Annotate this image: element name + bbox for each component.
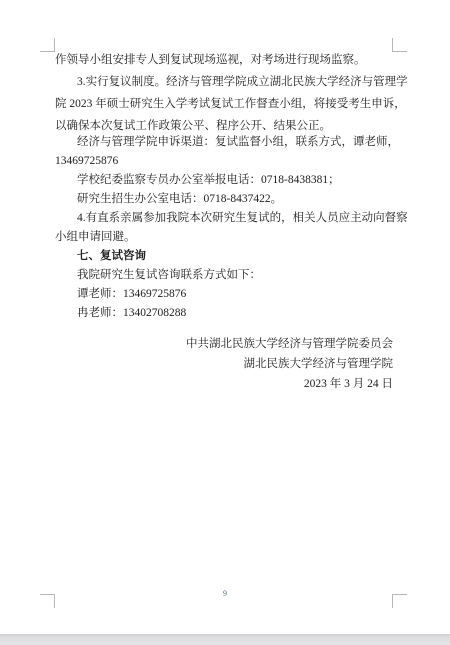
doc-line: 学校纪委监察专员办公室举报电话：0718-8438381； — [55, 171, 395, 190]
signature-line: 湖北民族大学经济与管理学院 — [55, 354, 393, 374]
doc-line: 4.有直系亲属参加我院本次研究生复试的，相关人员应主动向督察 — [55, 209, 395, 228]
doc-line: 我院研究生复试咨询联系方式如下： — [55, 266, 395, 285]
contact-line: 冉老师：13402708288 — [55, 304, 395, 323]
doc-line: 小组申请回避。 — [55, 228, 395, 247]
paragraph-block-top: 作领导小组安排专人到复试现场巡视，对考场进行现场监察。 3.实行复议制度。经济与… — [55, 49, 395, 137]
margin-mark-top-left — [40, 38, 55, 52]
page-gap-strip — [0, 634, 450, 645]
doc-line: 研究生招生办公室电话：0718-8437422。 — [55, 190, 395, 209]
doc-line: 作领导小组安排专人到复试现场巡视，对考场进行现场监察。 — [55, 49, 395, 71]
contact-line: 谭老师：13469725876 — [55, 285, 395, 304]
signature-block: 中共湖北民族大学经济与管理学院委员会 湖北民族大学经济与管理学院 2023 年 … — [55, 334, 438, 394]
paragraph-block-middle: 经济与管理学院申诉渠道：复试监督小组，联系方式，谭老师， 13469725876… — [55, 133, 395, 323]
doc-line: 3.实行复议制度。经济与管理学院成立湖北民族大学经济与管理学 — [55, 71, 395, 93]
signature-line: 中共湖北民族大学经济与管理学院委员会 — [55, 334, 393, 354]
page-number: 9 — [0, 589, 450, 599]
document-page: 作领导小组安排专人到复试现场巡视，对考场进行现场监察。 3.实行复议制度。经济与… — [0, 0, 450, 634]
doc-line: 13469725876 — [55, 152, 395, 171]
doc-line: 经济与管理学院申诉渠道：复试监督小组，联系方式，谭老师， — [55, 133, 395, 152]
signature-date: 2023 年 3 月 24 日 — [55, 374, 393, 394]
doc-line: 院 2023 年硕士研究生入学考试复试工作督查小组，将接受考生申诉， — [55, 93, 395, 115]
section-heading: 七、复试咨询 — [55, 247, 395, 266]
